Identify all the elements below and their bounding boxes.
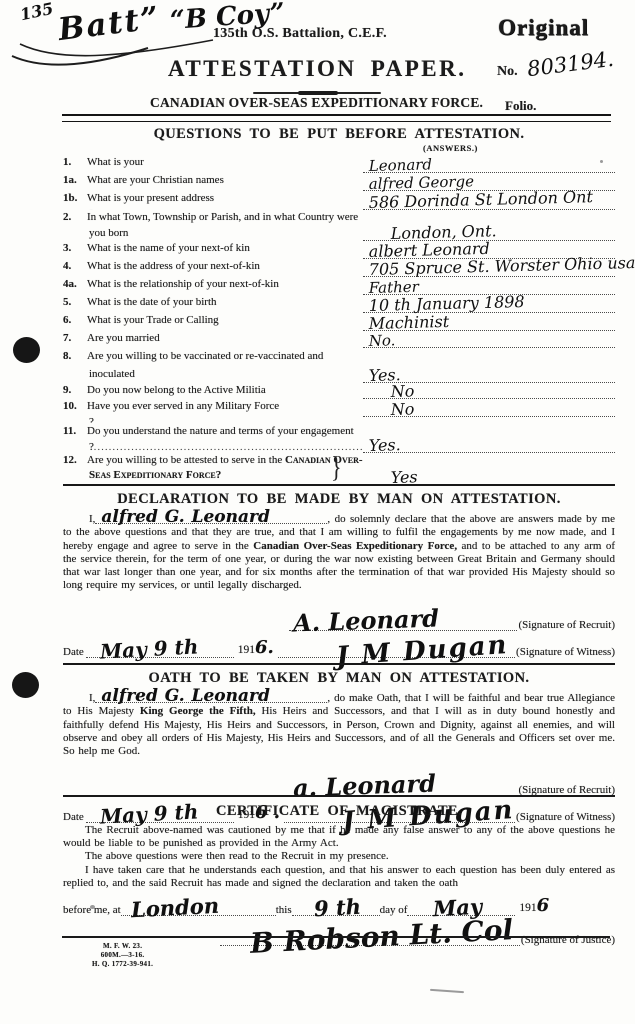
answer-line: No: [363, 399, 615, 417]
question-number: 2.: [63, 210, 87, 226]
question-text: Are you married ?: [87, 332, 160, 348]
oath-paragraph: I,alfred G. Leonard, do make Oath, that …: [63, 690, 615, 758]
answer-value: Father: [369, 280, 419, 296]
answer-line: Yes.: [363, 423, 615, 453]
question-number: 6.: [63, 313, 87, 329]
question-text: What are your Christian names ?: [87, 174, 224, 191]
form-number-line-3: H. Q. 1772-39-941.: [92, 960, 153, 969]
question-text: What is your Trade or Calling ?: [87, 314, 219, 331]
question-number: 3.: [63, 241, 87, 257]
answer-value: 586 Dorinda St London Ont: [369, 189, 594, 211]
folio-label: Folio.: [505, 98, 536, 114]
header-double-rule: [62, 114, 611, 122]
question-text: What is your present address ?: [87, 192, 214, 210]
question-row-1: 1.What is your surname? Leonard: [63, 155, 615, 173]
section-divider: [63, 795, 615, 797]
answer-line: Leonard: [363, 155, 615, 173]
declaration-paragraph: I,alfred G. Leonard, do solemnly declare…: [63, 511, 615, 593]
question-row-4a: 4a.What is the relationship of your next…: [63, 277, 615, 295]
question-number: 4a.: [63, 277, 87, 293]
witness-signature-label: (Signature of Witness): [516, 646, 615, 658]
questions-section: QUESTIONS TO BE PUT BEFORE ATTESTATION. …: [63, 126, 615, 485]
question-row-8: 8.Are you willing to be vaccinated or re…: [63, 348, 615, 383]
answer-line: No.: [363, 331, 615, 348]
punch-hole-bottom: [12, 672, 39, 698]
signature-line: a. Leonard: [289, 768, 517, 796]
question-number: 12.: [63, 453, 87, 468]
questions-title: QUESTIONS TO BE PUT BEFORE ATTESTATION.: [63, 126, 615, 143]
question-text: Are you willing to be attested to serve …: [87, 454, 282, 466]
question-row-7: 7.Are you married ? No.: [63, 331, 615, 348]
before-me-row: before me, at London this 9 th day of Ma…: [63, 890, 615, 916]
year-value: 1916.: [238, 637, 274, 658]
month-line: May: [407, 889, 515, 916]
recruit-name-inline: alfred G. Leonard: [95, 690, 327, 703]
punch-hole-top: [13, 337, 40, 363]
question-row-2: 2.In what Town, Township or Parish, and …: [63, 210, 615, 241]
place-line: London: [121, 889, 276, 916]
date-line: May 9 th: [86, 630, 234, 658]
justice-signature-line: B Robson Lt. Col: [220, 915, 520, 946]
question-number: 1.: [63, 155, 87, 171]
answer-line: 10 th January 1898: [363, 295, 615, 313]
year-printed: 191: [519, 902, 536, 914]
page-title: ATTESTATION PAPER.: [168, 56, 467, 82]
year-printed: 191: [238, 644, 255, 656]
question-row-4: 4.What is the address of your next-of-ki…: [63, 259, 615, 277]
handwritten-unit-number: 135: [18, 0, 55, 24]
date-label: Date: [63, 646, 84, 658]
date-witness-row: Date May 9 th 1916. J M Dugan (Signature…: [63, 631, 615, 658]
answer-line: Yes.: [363, 348, 615, 383]
recruit-signature-label: (Signature of Recruit): [518, 619, 615, 631]
attestation-paper-scan: 135 Batt” “B Coy” 135th O.S. Battalion, …: [0, 0, 635, 1024]
question-text: Are you willing to be vaccinated or re-v…: [87, 350, 323, 383]
declaration-section: DECLARATION TO BE MADE BY MAN ON ATTESTA…: [63, 484, 615, 658]
answer-line: Yes: [363, 453, 615, 485]
question-text: Do you now belong to the Active Militia …: [87, 384, 266, 399]
question-number: 5.: [63, 295, 87, 311]
answer-value: alfred George: [369, 174, 475, 192]
question-row-5: 5.What is the date of your birth ? 10 th…: [63, 295, 615, 313]
question-row-1b: 1b.What is your present address ? 586 Do…: [63, 191, 615, 210]
oath-title: OATH TO BE TAKEN BY MAN ON ATTESTATION.: [63, 670, 615, 687]
witness-signature-line: J M Dugan: [278, 630, 515, 658]
scan-mark: [430, 989, 464, 993]
battalion-line: 135th O.S. Battalion, C.E.F.: [213, 26, 387, 42]
answer-value: Machinist: [369, 314, 450, 332]
year-digit: 6: [537, 895, 550, 916]
form-number-block: M. F. W. 23. 600M.—3-16. H. Q. 1772-39-9…: [92, 942, 153, 969]
recruit-signature-row: a. Leonard (Signature of Recruit): [63, 769, 615, 796]
force-subtitle: CANADIAN OVER-SEAS EXPEDITIONARY FORCE.: [150, 95, 483, 111]
question-number: 10.: [63, 399, 87, 415]
section-divider: [63, 663, 615, 665]
question-text: In what Town, Township or Parish, and in…: [87, 211, 358, 241]
place-value: London: [130, 893, 219, 923]
question-row-10: 10.Have you ever served in any Military …: [63, 399, 615, 423]
question-text: What is your surname?: [87, 156, 144, 173]
question-number: 11.: [63, 423, 87, 439]
original-stamp: Original: [498, 15, 589, 41]
certificate-title: CERTIFICATE OF MAGISTRATE.: [63, 803, 615, 820]
number-label: No.: [497, 64, 518, 80]
certificate-paragraph-3: I have taken care that he understands ea…: [63, 864, 615, 890]
question-row-9: 9.Do you now belong to the Active Militi…: [63, 383, 615, 399]
bottom-rule: [62, 936, 610, 938]
certificate-paragraph-1: The Recruit above-named was cautioned by…: [63, 824, 615, 850]
scan-speck: [600, 160, 603, 163]
answer-line: No: [363, 383, 615, 399]
form-number-line-1: M. F. W. 23.: [92, 942, 153, 951]
question-text: What is the name of your next-of kin ?: [87, 242, 250, 259]
title-divider: [253, 92, 381, 94]
question-number: 1a.: [63, 173, 87, 189]
certificate-paragraph-2: The above questions were then read to th…: [63, 850, 615, 863]
year-value: 1916: [519, 895, 549, 916]
answer-line: London, Ont.: [363, 210, 615, 241]
oath-body-bold: King George the Fifth,: [140, 705, 256, 717]
question-number: 8.: [63, 348, 87, 366]
answer-value: No.: [369, 333, 396, 349]
question-number: 4.: [63, 259, 87, 275]
question-number: 1b.: [63, 191, 87, 207]
declaration-body-bold: Canadian Over-Seas Expeditionary Force,: [253, 540, 457, 552]
curly-brace: }: [331, 449, 342, 484]
answer-value: No: [391, 401, 415, 418]
section-divider: [63, 484, 615, 486]
answer-value: 705 Spruce St. Worster Ohio usa: [369, 255, 635, 278]
question-number: 7.: [63, 331, 87, 347]
certificate-section: CERTIFICATE OF MAGISTRATE. The Recruit a…: [63, 795, 615, 946]
recruit-signature-row: A. Leonard (Signature of Recruit): [63, 604, 615, 631]
scan-speck: [90, 905, 95, 909]
year-digit: 6.: [255, 637, 274, 658]
signature-line: A. Leonard: [289, 603, 517, 631]
answer-value: Leonard: [369, 157, 433, 174]
question-text: What is the relationship of your next-of…: [87, 278, 279, 295]
question-text: What is the address of your next-of-kin …: [87, 260, 260, 277]
question-number: 9.: [63, 383, 87, 399]
form-number-line-2: 600M.—3-16.: [92, 951, 153, 960]
answer-line: Machinist: [363, 313, 615, 331]
answers-column-label: (ANSWERS.): [423, 143, 615, 155]
declaration-title: DECLARATION TO BE MADE BY MAN ON ATTESTA…: [63, 491, 615, 508]
question-text: What is the date of your birth ?: [87, 296, 217, 313]
answer-line: 586 Dorinda St London Ont: [363, 191, 615, 210]
day-line: 9 th: [292, 889, 380, 916]
question-row-12: 12.Are you willing to be attested to ser…: [63, 453, 615, 485]
answer-line: 705 Spruce St. Worster Ohio usa: [363, 259, 615, 277]
question-row-6: 6.What is your Trade or Calling ? Machin…: [63, 313, 615, 331]
attestation-number: 803194.: [526, 47, 615, 81]
answer-value: Yes.: [369, 437, 401, 454]
dot-leader: [94, 442, 363, 452]
answer-value: No: [391, 383, 415, 400]
recruit-name-inline: alfred G. Leonard: [95, 511, 327, 524]
date-value: May 9 th: [99, 634, 198, 663]
